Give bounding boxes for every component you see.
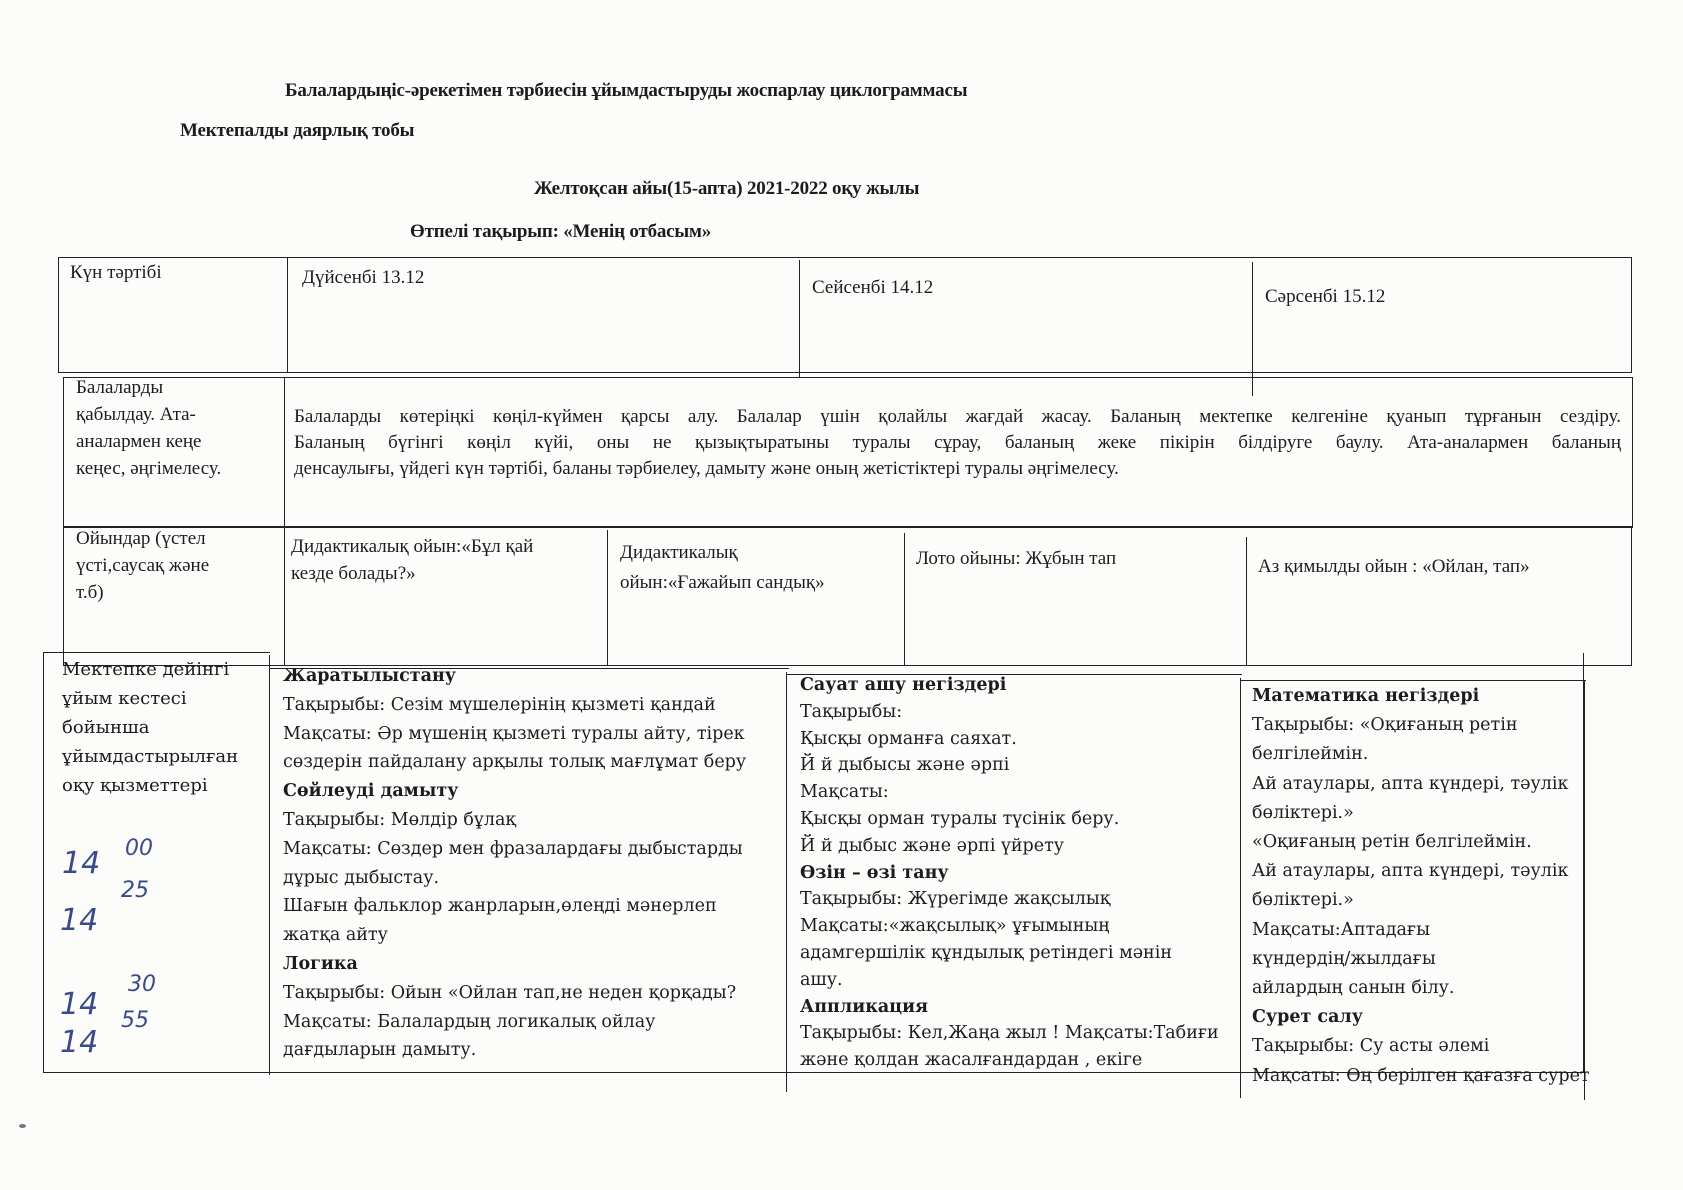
lesson-line: Мақсаты:: [800, 779, 1219, 806]
lessons-tuesday: Сауат ашу негіздеріТақырыбы:Қысқы орманғ…: [800, 672, 1219, 1074]
lesson-subject-title: Аппликация: [800, 994, 1219, 1021]
lesson-line: ашу.: [800, 967, 1219, 994]
lesson-line: Й й дыбыс және әрпі үйрету: [800, 833, 1219, 860]
lesson-line: Мақсаты: Өң берілген қағазға сурет: [1252, 1062, 1590, 1091]
day-header-wednesday: Сәрсенбі 15.12: [1265, 283, 1385, 310]
lesson-subject-title: Математика негіздері: [1252, 682, 1590, 711]
games-label: Ойындар (үстел үсті,саусақ және т.б): [76, 525, 209, 606]
lesson-line: бөліктері.»: [1252, 886, 1590, 915]
lesson-line: Тақырыбы: «Оқиғаның ретін: [1252, 711, 1590, 740]
game-wednesday: Лото ойыны: Жұбын тап: [916, 545, 1116, 572]
lesson-line: Тақырыбы: Жүрегімде жақсылық: [800, 886, 1219, 913]
handwritten-time-4-min: 55: [121, 1008, 149, 1033]
lesson-line: адамгершілік құндылық ретіндегі мәнін: [800, 940, 1219, 967]
lesson-line: Й й дыбысы және әрпі: [800, 752, 1219, 779]
handwritten-time-3-hour: 14: [60, 987, 98, 1022]
lesson-line: Тақырыбы: Мөлдір бұлақ: [283, 806, 746, 835]
lesson-line: Мақсаты:«жақсылық» ұғымының: [800, 913, 1219, 940]
day-header-monday: Дүйсенбі 13.12: [302, 264, 424, 291]
document-title: Балалардыңіс-әрекетімен тәрбиесін ұйымда…: [285, 80, 967, 102]
header-label-daily-schedule: Күн тәртібі: [70, 259, 162, 286]
lesson-line: айлардың санын білу.: [1252, 974, 1590, 1003]
lesson-subject-title: Сөйлеуді дамыту: [283, 777, 746, 806]
lesson-line: Қысқы орманға саяхат.: [800, 726, 1219, 753]
lesson-line: белгілеймін.: [1252, 740, 1590, 769]
lesson-line: жатқа айту: [283, 921, 746, 950]
handwritten-time-2-hour: 14: [60, 903, 98, 938]
lesson-line: және қолдан жасалғандардан , екіге: [800, 1047, 1219, 1074]
lesson-line: дағдыларын дамыту.: [283, 1036, 746, 1065]
lesson-line: Қысқы орман туралы түсінік беру.: [800, 806, 1219, 833]
lesson-line: Мақсаты: Сөздер мен фразалардағы дыбыста…: [283, 835, 746, 864]
lesson-subject-title: Өзін – өзі тану: [800, 860, 1219, 887]
lessons-monday: ЖаратылыстануТақырыбы: Сезім мүшелерінің…: [283, 662, 746, 1065]
group-name: Мектепалды даярлық тобы: [180, 120, 414, 142]
lesson-line: Тақырыбы: Ойын «Ойлан тап,не неден қорқа…: [283, 979, 746, 1008]
lesson-line: күндердің/жылдағы: [1252, 945, 1590, 974]
handwritten-time-4-hour: 14: [60, 1025, 98, 1060]
handwritten-time-2-min: 25: [121, 878, 149, 903]
reception-label: Балаларды қабылдау. Ата- аналармен кеңе …: [76, 374, 221, 482]
lessons-label: Мектепке дейінгі ұйым кестесі бойынша ұй…: [62, 655, 238, 800]
game-tuesday: Дидактикалық ойын:«Ғажайып сандық»: [620, 538, 825, 598]
handwritten-time-1-hour: 14: [62, 846, 100, 881]
lesson-line: Мақсаты: Әр мүшенің қызметі туралы айту,…: [283, 720, 746, 749]
lesson-subject-title: Сауат ашу негіздері: [800, 672, 1219, 699]
weekly-theme: Өтпелі тақырып: «Менің отбасым»: [410, 221, 711, 243]
lesson-line: сөздерін пайдалану арқылы толық мағлұмат…: [283, 748, 746, 777]
lesson-line: «Оқиғаның ретін белгілеймін.: [1252, 828, 1590, 857]
lesson-subject-title: Сурет салу: [1252, 1003, 1590, 1032]
day-header-tuesday: Сейсенбі 14.12: [812, 274, 933, 301]
lesson-subject-title: Жаратылыстану: [283, 662, 746, 691]
lesson-line: Шағын фальклор жанрларын,өлеңді мәнерлеп: [283, 892, 746, 921]
lessons-wednesday: Математика негіздеріТақырыбы: «Оқиғаның …: [1252, 682, 1590, 1091]
reception-description: Балаларды көтеріңкі көңіл-күймен қарсы а…: [294, 404, 1621, 482]
month-week-label: Желтоқсан айы(15-апта) 2021-2022 оқу жыл…: [534, 178, 919, 200]
lesson-line: Тақырыбы: Кел,Жаңа жыл ! Мақсаты:Табиғи: [800, 1020, 1219, 1047]
lesson-line: дұрыс дыбыстау.: [283, 864, 746, 893]
lesson-line: Ай атаулары, апта күндері, тәулік: [1252, 770, 1590, 799]
lesson-line: бөліктері.»: [1252, 799, 1590, 828]
game-thursday: Аз қимылды ойын : «Ойлан, тап»: [1258, 553, 1530, 580]
lesson-line: Мақсаты:Аптадағы: [1252, 916, 1590, 945]
game-monday: Дидактикалық ойын:«Бұл қай кезде болады?…: [291, 533, 533, 587]
lesson-subject-title: Логика: [283, 950, 746, 979]
lesson-line: Тақырыбы:: [800, 699, 1219, 726]
lesson-line: Мақсаты: Балалардың логикалық ойлау: [283, 1008, 746, 1037]
handwritten-time-3-min: 30: [128, 972, 156, 997]
lesson-line: Тақырыбы: Су асты әлемі: [1252, 1032, 1590, 1061]
lesson-line: Тақырыбы: Сезім мүшелерінің қызметі қанд…: [283, 691, 746, 720]
lesson-line: Ай атаулары, апта күндері, тәулік: [1252, 857, 1590, 886]
handwritten-time-1-min: 00: [125, 836, 153, 861]
